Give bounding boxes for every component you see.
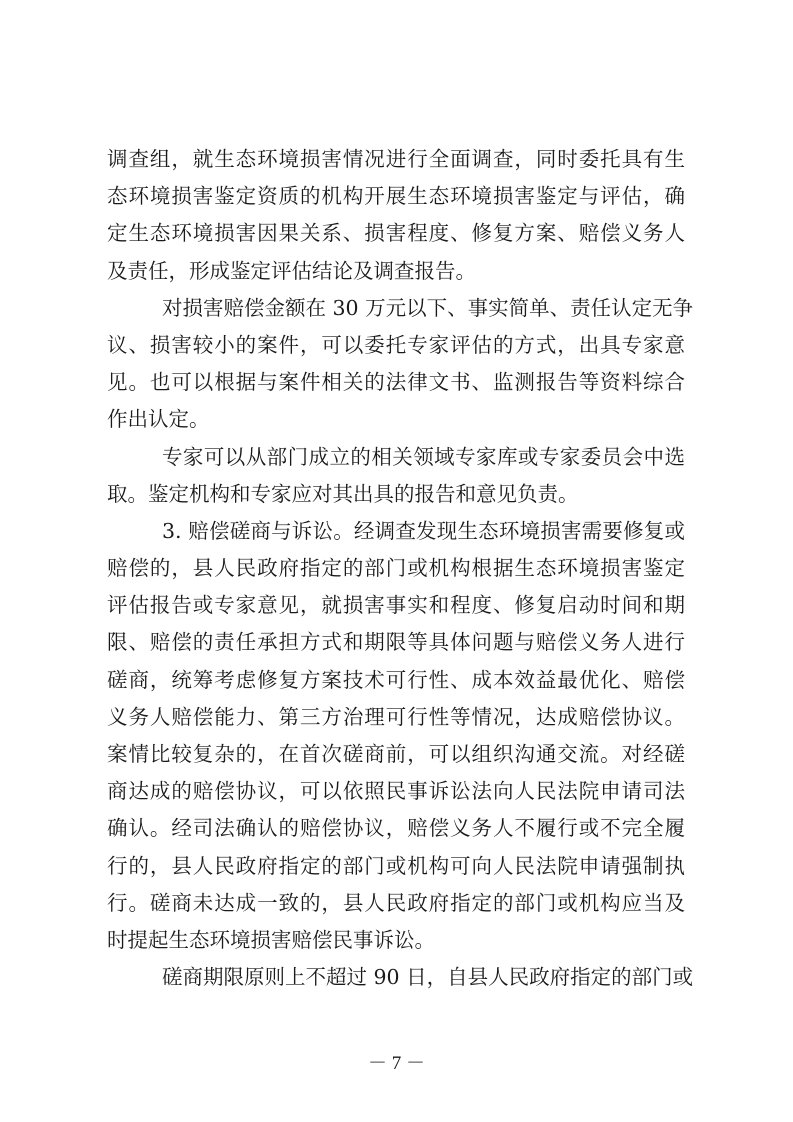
body-text: 调查组，就生态环境损害情况进行全面调查，同时委托具有生态环境损害鉴定资质的机构开…: [107, 141, 685, 996]
text-line: 专家可以从部门成立的相关领域专家库或专家委员会中选: [107, 439, 685, 476]
text-line: 对损害赔偿金额在 30 万元以下、事实简单、责任认定无争: [107, 290, 685, 327]
text-line: 定生态环境损害因果关系、损害程度、修复方案、赔偿义务人: [107, 215, 685, 252]
paragraph: 调查组，就生态环境损害情况进行全面调查，同时委托具有生态环境损害鉴定资质的机构开…: [107, 141, 685, 290]
paragraph: 对损害赔偿金额在 30 万元以下、事实简单、责任认定无争议、损害较小的案件，可以…: [107, 290, 685, 439]
text-line: 议、损害较小的案件，可以委托专家评估的方式，出具专家意: [107, 327, 685, 364]
text-line: 义务人赔偿能力、第三方治理可行性等情况，达成赔偿协议。: [107, 699, 685, 736]
document-page: 调查组，就生态环境损害情况进行全面调查，同时委托具有生态环境损害鉴定资质的机构开…: [0, 0, 793, 1122]
text-line: 取。鉴定机构和专家应对其出具的报告和意见负责。: [107, 476, 685, 513]
text-line: 案情比较复杂的，在首次磋商前，可以组织沟通交流。对经磋: [107, 736, 685, 773]
text-line: 行。磋商未达成一致的，县人民政府指定的部门或机构应当及: [107, 885, 685, 922]
text-line: 赔偿的，县人民政府指定的部门或机构根据生态环境损害鉴定: [107, 550, 685, 587]
text-line: 3. 赔偿磋商与诉讼。经调查发现生态环境损害需要修复或: [107, 513, 685, 550]
paragraph: 磋商期限原则上不超过 90 日，自县人民政府指定的部门或: [107, 959, 685, 996]
text-line: 态环境损害鉴定资质的机构开展生态环境损害鉴定与评估，确: [107, 178, 685, 215]
text-line: 作出认定。: [107, 401, 685, 438]
text-line: 及责任，形成鉴定评估结论及调查报告。: [107, 253, 685, 290]
text-line: 磋商期限原则上不超过 90 日，自县人民政府指定的部门或: [107, 959, 685, 996]
text-line: 行的，县人民政府指定的部门或机构可向人民法院申请强制执: [107, 848, 685, 885]
text-line: 见。也可以根据与案件相关的法律文书、监测报告等资料综合: [107, 364, 685, 401]
text-line: 时提起生态环境损害赔偿民事诉讼。: [107, 922, 685, 959]
text-line: 确认。经司法确认的赔偿协议，赔偿义务人不履行或不完全履: [107, 810, 685, 847]
paragraph: 专家可以从部门成立的相关领域专家库或专家委员会中选取。鉴定机构和专家应对其出具的…: [107, 439, 685, 513]
page-number: － 7 －: [0, 1048, 793, 1075]
text-line: 调查组，就生态环境损害情况进行全面调查，同时委托具有生: [107, 141, 685, 178]
text-line: 限、赔偿的责任承担方式和期限等具体问题与赔偿义务人进行: [107, 624, 685, 661]
text-line: 商达成的赔偿协议，可以依照民事诉讼法向人民法院申请司法: [107, 773, 685, 810]
text-line: 磋商，统筹考虑修复方案技术可行性、成本效益最优化、赔偿: [107, 662, 685, 699]
paragraph: 3. 赔偿磋商与诉讼。经调查发现生态环境损害需要修复或赔偿的，县人民政府指定的部…: [107, 513, 685, 959]
text-line: 评估报告或专家意见，就损害事实和程度、修复启动时间和期: [107, 587, 685, 624]
